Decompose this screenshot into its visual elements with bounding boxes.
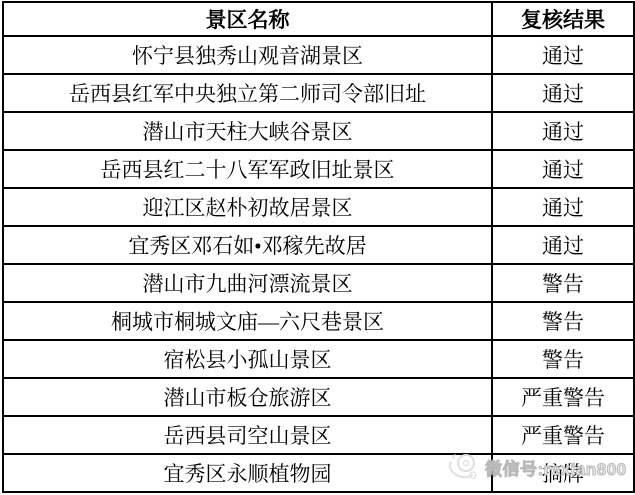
review-result-cell: 摘牌 (492, 454, 634, 492)
scenic-area-name-cell: 桐城市桐城文庙—六尺巷景区 (3, 302, 492, 340)
table-row: 迎江区赵朴初故居景区通过 (3, 188, 634, 226)
review-result-cell: 严重警告 (492, 378, 634, 416)
scenic-area-name-cell: 宜秀区邓石如•邓稼先故居 (3, 226, 492, 264)
table-row: 宜秀区永顺植物园摘牌 (3, 454, 634, 492)
scenic-area-name-cell: 潜山市九曲河漂流景区 (3, 264, 492, 302)
scenic-area-name-cell: 迎江区赵朴初故居景区 (3, 188, 492, 226)
review-result-cell: 通过 (492, 36, 634, 74)
table-row: 岳西县司空山景区严重警告 (3, 416, 634, 454)
scenic-area-name-cell: 潜山市板仓旅游区 (3, 378, 492, 416)
column-header-scenic-area-name: 景区名称 (3, 2, 492, 36)
review-result-cell: 通过 (492, 150, 634, 188)
scenic-area-name-cell: 岳西县红军中央独立第二师司令部旧址 (3, 74, 492, 112)
table-row: 怀宁县独秀山观音湖景区通过 (3, 36, 634, 74)
review-results-table: 景区名称 复核结果 怀宁县独秀山观音湖景区通过岳西县红军中央独立第二师司令部旧址… (2, 1, 635, 493)
review-result-cell: 严重警告 (492, 416, 634, 454)
page: 景区名称 复核结果 怀宁县独秀山观音湖景区通过岳西县红军中央独立第二师司令部旧址… (0, 0, 635, 495)
table-row: 宿松县小孤山景区警告 (3, 340, 634, 378)
table-row: 潜山市九曲河漂流景区警告 (3, 264, 634, 302)
scenic-area-name-cell: 潜山市天柱大峡谷景区 (3, 112, 492, 150)
column-header-review-result: 复核结果 (492, 2, 634, 36)
review-result-cell: 通过 (492, 226, 634, 264)
review-result-cell: 通过 (492, 74, 634, 112)
table-row: 潜山市板仓旅游区严重警告 (3, 378, 634, 416)
review-result-cell: 通过 (492, 112, 634, 150)
scenic-area-name-cell: 岳西县红二十八军军政旧址景区 (3, 150, 492, 188)
table-row: 潜山市天柱大峡谷景区通过 (3, 112, 634, 150)
table-header-row: 景区名称 复核结果 (3, 2, 634, 36)
scenic-area-name-cell: 怀宁县独秀山观音湖景区 (3, 36, 492, 74)
table-row: 宜秀区邓石如•邓稼先故居通过 (3, 226, 634, 264)
review-result-cell: 警告 (492, 340, 634, 378)
table-body: 怀宁县独秀山观音湖景区通过岳西县红军中央独立第二师司令部旧址通过潜山市天柱大峡谷… (3, 36, 634, 492)
scenic-area-name-cell: 宿松县小孤山景区 (3, 340, 492, 378)
table-row: 桐城市桐城文庙—六尺巷景区警告 (3, 302, 634, 340)
scenic-area-name-cell: 岳西县司空山景区 (3, 416, 492, 454)
review-result-cell: 通过 (492, 188, 634, 226)
review-result-cell: 警告 (492, 264, 634, 302)
table-row: 岳西县红二十八军军政旧址景区通过 (3, 150, 634, 188)
scenic-area-name-cell: 宜秀区永顺植物园 (3, 454, 492, 492)
table-row: 岳西县红军中央独立第二师司令部旧址通过 (3, 74, 634, 112)
review-result-cell: 警告 (492, 302, 634, 340)
